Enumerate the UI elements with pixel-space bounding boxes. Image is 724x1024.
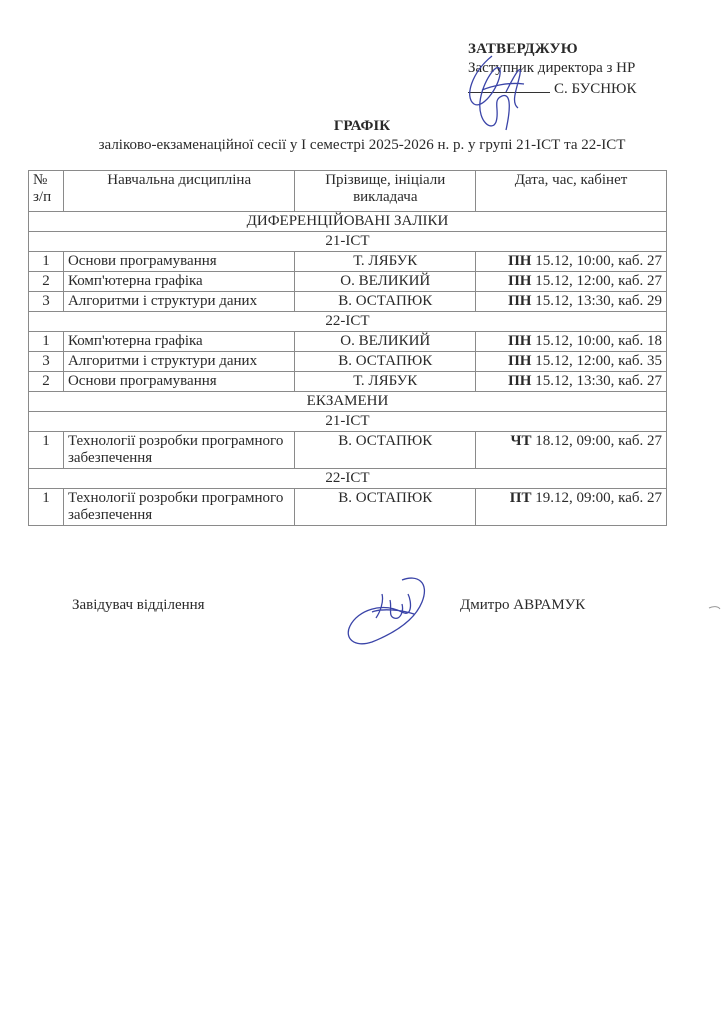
row-datetime: ПН 15.12, 10:00, каб. 18 <box>476 332 667 352</box>
group-title: 21-ІСТ <box>29 412 667 432</box>
row-teacher: Т. ЛЯБУК <box>295 372 476 392</box>
header-datetime: Дата, час, кабінет <box>476 171 667 212</box>
row-day: ПН <box>508 333 531 349</box>
row-day: ПН <box>508 373 531 389</box>
row-date-time-room: 15.12, 10:00, каб. 18 <box>531 333 662 349</box>
group-row: 21-ІСТ <box>29 232 667 252</box>
group-row: 22-ІСТ <box>29 469 667 489</box>
row-date-time-room: 18.12, 09:00, каб. 27 <box>531 433 662 449</box>
row-date-time-room: 15.12, 10:00, каб. 27 <box>531 253 662 269</box>
table-row: 1Технології розробки програмного забезпе… <box>29 489 667 526</box>
header-discipline: Навчальна дисципліна <box>63 171 295 212</box>
row-datetime: ПН 15.12, 10:00, каб. 27 <box>476 252 667 272</box>
row-discipline: Основи програмування <box>63 372 295 392</box>
table-row: 2Комп'ютерна графікаО. ВЕЛИКИЙПН 15.12, … <box>29 272 667 292</box>
row-discipline: Комп'ютерна графіка <box>63 332 295 352</box>
row-day: ПТ <box>510 490 532 506</box>
group-title: 21-ІСТ <box>29 232 667 252</box>
row-date-time-room: 15.12, 13:30, каб. 29 <box>531 293 662 309</box>
row-number: 1 <box>29 432 64 469</box>
group-title: 22-ІСТ <box>29 469 667 489</box>
row-date-time-room: 19.12, 09:00, каб. 27 <box>531 490 662 506</box>
row-number: 1 <box>29 489 64 526</box>
document-title: ГРАФІК <box>0 118 724 135</box>
row-day: ЧТ <box>510 433 531 449</box>
row-number: 2 <box>29 372 64 392</box>
section-row: ДИФЕРЕНЦІЙОВАНІ ЗАЛІКИ <box>29 212 667 232</box>
header-teacher: Прізвище, ініціали викладача <box>295 171 476 212</box>
document-subtitle: заліково-екзаменаційної сесії у І семест… <box>0 137 724 154</box>
row-teacher: О. ВЕЛИКИЙ <box>295 272 476 292</box>
row-discipline: Технології розробки програмного забезпеч… <box>63 489 295 526</box>
row-date-time-room: 15.12, 13:30, каб. 27 <box>531 373 662 389</box>
table-row: 3Алгоритми і структури данихВ. ОСТАПЮКПН… <box>29 352 667 372</box>
row-date-time-room: 15.12, 12:00, каб. 27 <box>531 273 662 289</box>
row-number: 1 <box>29 252 64 272</box>
row-datetime: ПН 15.12, 13:30, каб. 27 <box>476 372 667 392</box>
scan-mark-icon <box>708 605 722 613</box>
row-day: ПН <box>508 273 531 289</box>
table-row: 3Алгоритми і структури данихВ. ОСТАПЮКПН… <box>29 292 667 312</box>
section-title: ДИФЕРЕНЦІЙОВАНІ ЗАЛІКИ <box>29 212 667 232</box>
row-day: ПН <box>508 293 531 309</box>
head-signature-icon <box>342 572 432 647</box>
row-datetime: ПТ 19.12, 09:00, каб. 27 <box>476 489 667 526</box>
row-discipline: Технології розробки програмного забезпеч… <box>63 432 295 469</box>
table-header-row: № з/п Навчальна дисципліна Прізвище, іні… <box>29 171 667 212</box>
row-teacher: В. ОСТАПЮК <box>295 352 476 372</box>
row-number: 3 <box>29 292 64 312</box>
header-number-line1: № <box>33 172 47 188</box>
row-discipline: Основи програмування <box>63 252 295 272</box>
row-number: 3 <box>29 352 64 372</box>
row-number: 2 <box>29 272 64 292</box>
row-teacher: В. ОСТАПЮК <box>295 292 476 312</box>
group-row: 22-ІСТ <box>29 312 667 332</box>
row-datetime: ПН 15.12, 12:00, каб. 27 <box>476 272 667 292</box>
table-row: 1Комп'ютерна графікаО. ВЕЛИКИЙПН 15.12, … <box>29 332 667 352</box>
approval-name: С. БУСНЮК <box>554 80 636 99</box>
row-number: 1 <box>29 332 64 352</box>
footer-name: Дмитро АВРАМУК <box>460 597 585 614</box>
schedule-body: ДИФЕРЕНЦІЙОВАНІ ЗАЛІКИ21-ІСТ1Основи прог… <box>29 212 667 526</box>
header-number-line2: з/п <box>33 189 51 205</box>
schedule-table: № з/п Навчальна дисципліна Прізвище, іні… <box>28 170 667 526</box>
row-teacher: В. ОСТАПЮК <box>295 432 476 469</box>
row-day: ПН <box>508 253 531 269</box>
table-row: 2Основи програмуванняТ. ЛЯБУКПН 15.12, 1… <box>29 372 667 392</box>
row-datetime: ПН 15.12, 12:00, каб. 35 <box>476 352 667 372</box>
section-title: ЕКЗАМЕНИ <box>29 392 667 412</box>
table-row: 1Технології розробки програмного забезпе… <box>29 432 667 469</box>
row-discipline: Комп'ютерна графіка <box>63 272 295 292</box>
row-day: ПН <box>508 353 531 369</box>
row-date-time-room: 15.12, 12:00, каб. 35 <box>531 353 662 369</box>
row-discipline: Алгоритми і структури даних <box>63 352 295 372</box>
row-teacher: В. ОСТАПЮК <box>295 489 476 526</box>
header-number: № з/п <box>29 171 64 212</box>
row-teacher: Т. ЛЯБУК <box>295 252 476 272</box>
row-datetime: ПН 15.12, 13:30, каб. 29 <box>476 292 667 312</box>
group-row: 21-ІСТ <box>29 412 667 432</box>
section-row: ЕКЗАМЕНИ <box>29 392 667 412</box>
row-discipline: Алгоритми і структури даних <box>63 292 295 312</box>
footer-position: Завідувач відділення <box>72 597 205 614</box>
row-teacher: О. ВЕЛИКИЙ <box>295 332 476 352</box>
table-row: 1Основи програмуванняТ. ЛЯБУКПН 15.12, 1… <box>29 252 667 272</box>
group-title: 22-ІСТ <box>29 312 667 332</box>
row-datetime: ЧТ 18.12, 09:00, каб. 27 <box>476 432 667 469</box>
